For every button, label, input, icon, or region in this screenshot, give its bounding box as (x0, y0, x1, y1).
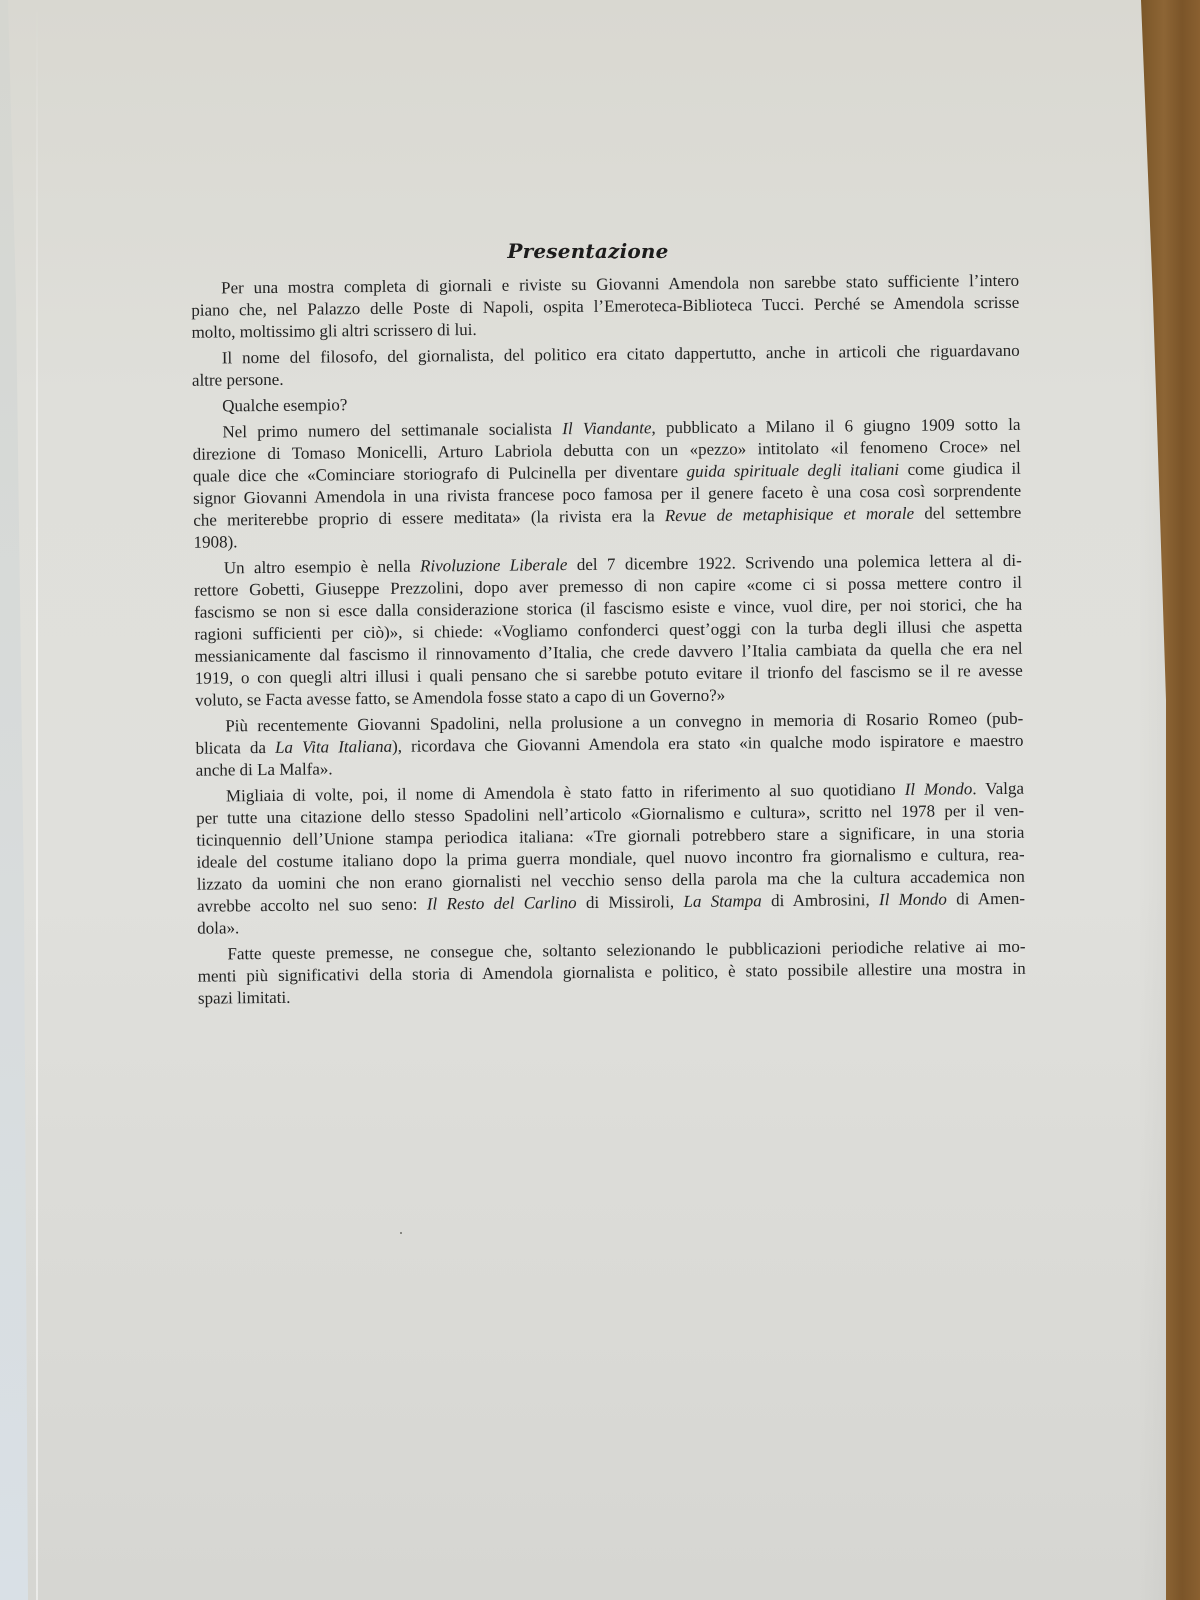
italic-title: Il Mondo (879, 889, 947, 909)
text-run: del 7 dicembre 1922. Scrivendo una polem… (567, 551, 1022, 574)
text-run: Qualche esempio? (222, 395, 347, 415)
text-run: di Ambrosini, (762, 890, 879, 910)
text-run: altre persone. (192, 370, 284, 390)
italic-title: La Stampa (683, 891, 761, 911)
text-run: che meriterebbe proprio di essere medita… (193, 506, 665, 530)
text-run: anche di La Malfa». (196, 759, 333, 779)
text-run: come giudica il (899, 459, 1021, 479)
italic-title: guida spirituale degli italiani (687, 460, 900, 481)
paragraph: Migliaia di volte, poi, il nome di Amend… (166, 778, 1025, 940)
text-run: 1908). (193, 532, 237, 551)
italic-title: Revue de metaphisique et morale (665, 504, 914, 525)
text-run: avrebbe accolto nel suo seno: (197, 894, 427, 915)
text-run: , pubblicato a Milano il 6 giugno 1909 s… (651, 415, 1020, 438)
text-run: . Valga (972, 779, 1024, 798)
document-page: Presentazione Per una mostra completa di… (8, 0, 1166, 1600)
text-run: blicata da (195, 738, 275, 758)
text-run: molto, moltissimo gli altri scrissero di… (191, 320, 476, 342)
paragraph: Un altro esempio è nella Rivoluzione Lib… (164, 550, 1023, 712)
text-run: di Amen- (947, 889, 1025, 909)
paper-speck (400, 1232, 402, 1234)
italic-title: Rivoluzione Liberale (420, 555, 567, 575)
text-run: Un altro esempio è nella (224, 557, 420, 578)
paragraph: Per una mostra completa di giornali e ri… (161, 270, 1020, 344)
paragraph: Qualche esempio? (162, 388, 1020, 418)
paragraph: Più recentemente Giovanni Spadolini, nel… (165, 708, 1024, 782)
text-run: ), ricordava che Giovanni Amendola era s… (392, 731, 1024, 756)
text-run: voluto, se Facta avesse fatto, se Amendo… (195, 686, 725, 710)
italic-title: La Vita Italiana (275, 737, 392, 757)
paragraph: Fatte queste premesse, ne consegue che, … (167, 936, 1026, 1010)
italic-title: Il Mondo (905, 779, 973, 799)
page-title: Presentazione (8, 239, 1168, 263)
text-run: del settembre (914, 503, 1021, 523)
text-run: quale dice che «Cominciare storiografo d… (193, 462, 687, 486)
body-text: Per una mostra completa di giornali e ri… (161, 270, 1026, 1014)
italic-title: Il Viandante (562, 418, 651, 438)
italic-title: Il Resto del Carlino (427, 893, 577, 913)
text-line: Qualche esempio? (162, 388, 1020, 418)
text-run: spazi limitati. (198, 988, 291, 1008)
text-run: di Missiroli, (577, 892, 684, 912)
text-run: Nel primo numero del settimanale sociali… (222, 419, 562, 441)
paragraph: Nel primo numero del settimanale sociali… (162, 414, 1021, 554)
paragraph: Il nome del filosofo, del giornalista, d… (162, 340, 1020, 392)
text-run: dola». (197, 918, 239, 937)
